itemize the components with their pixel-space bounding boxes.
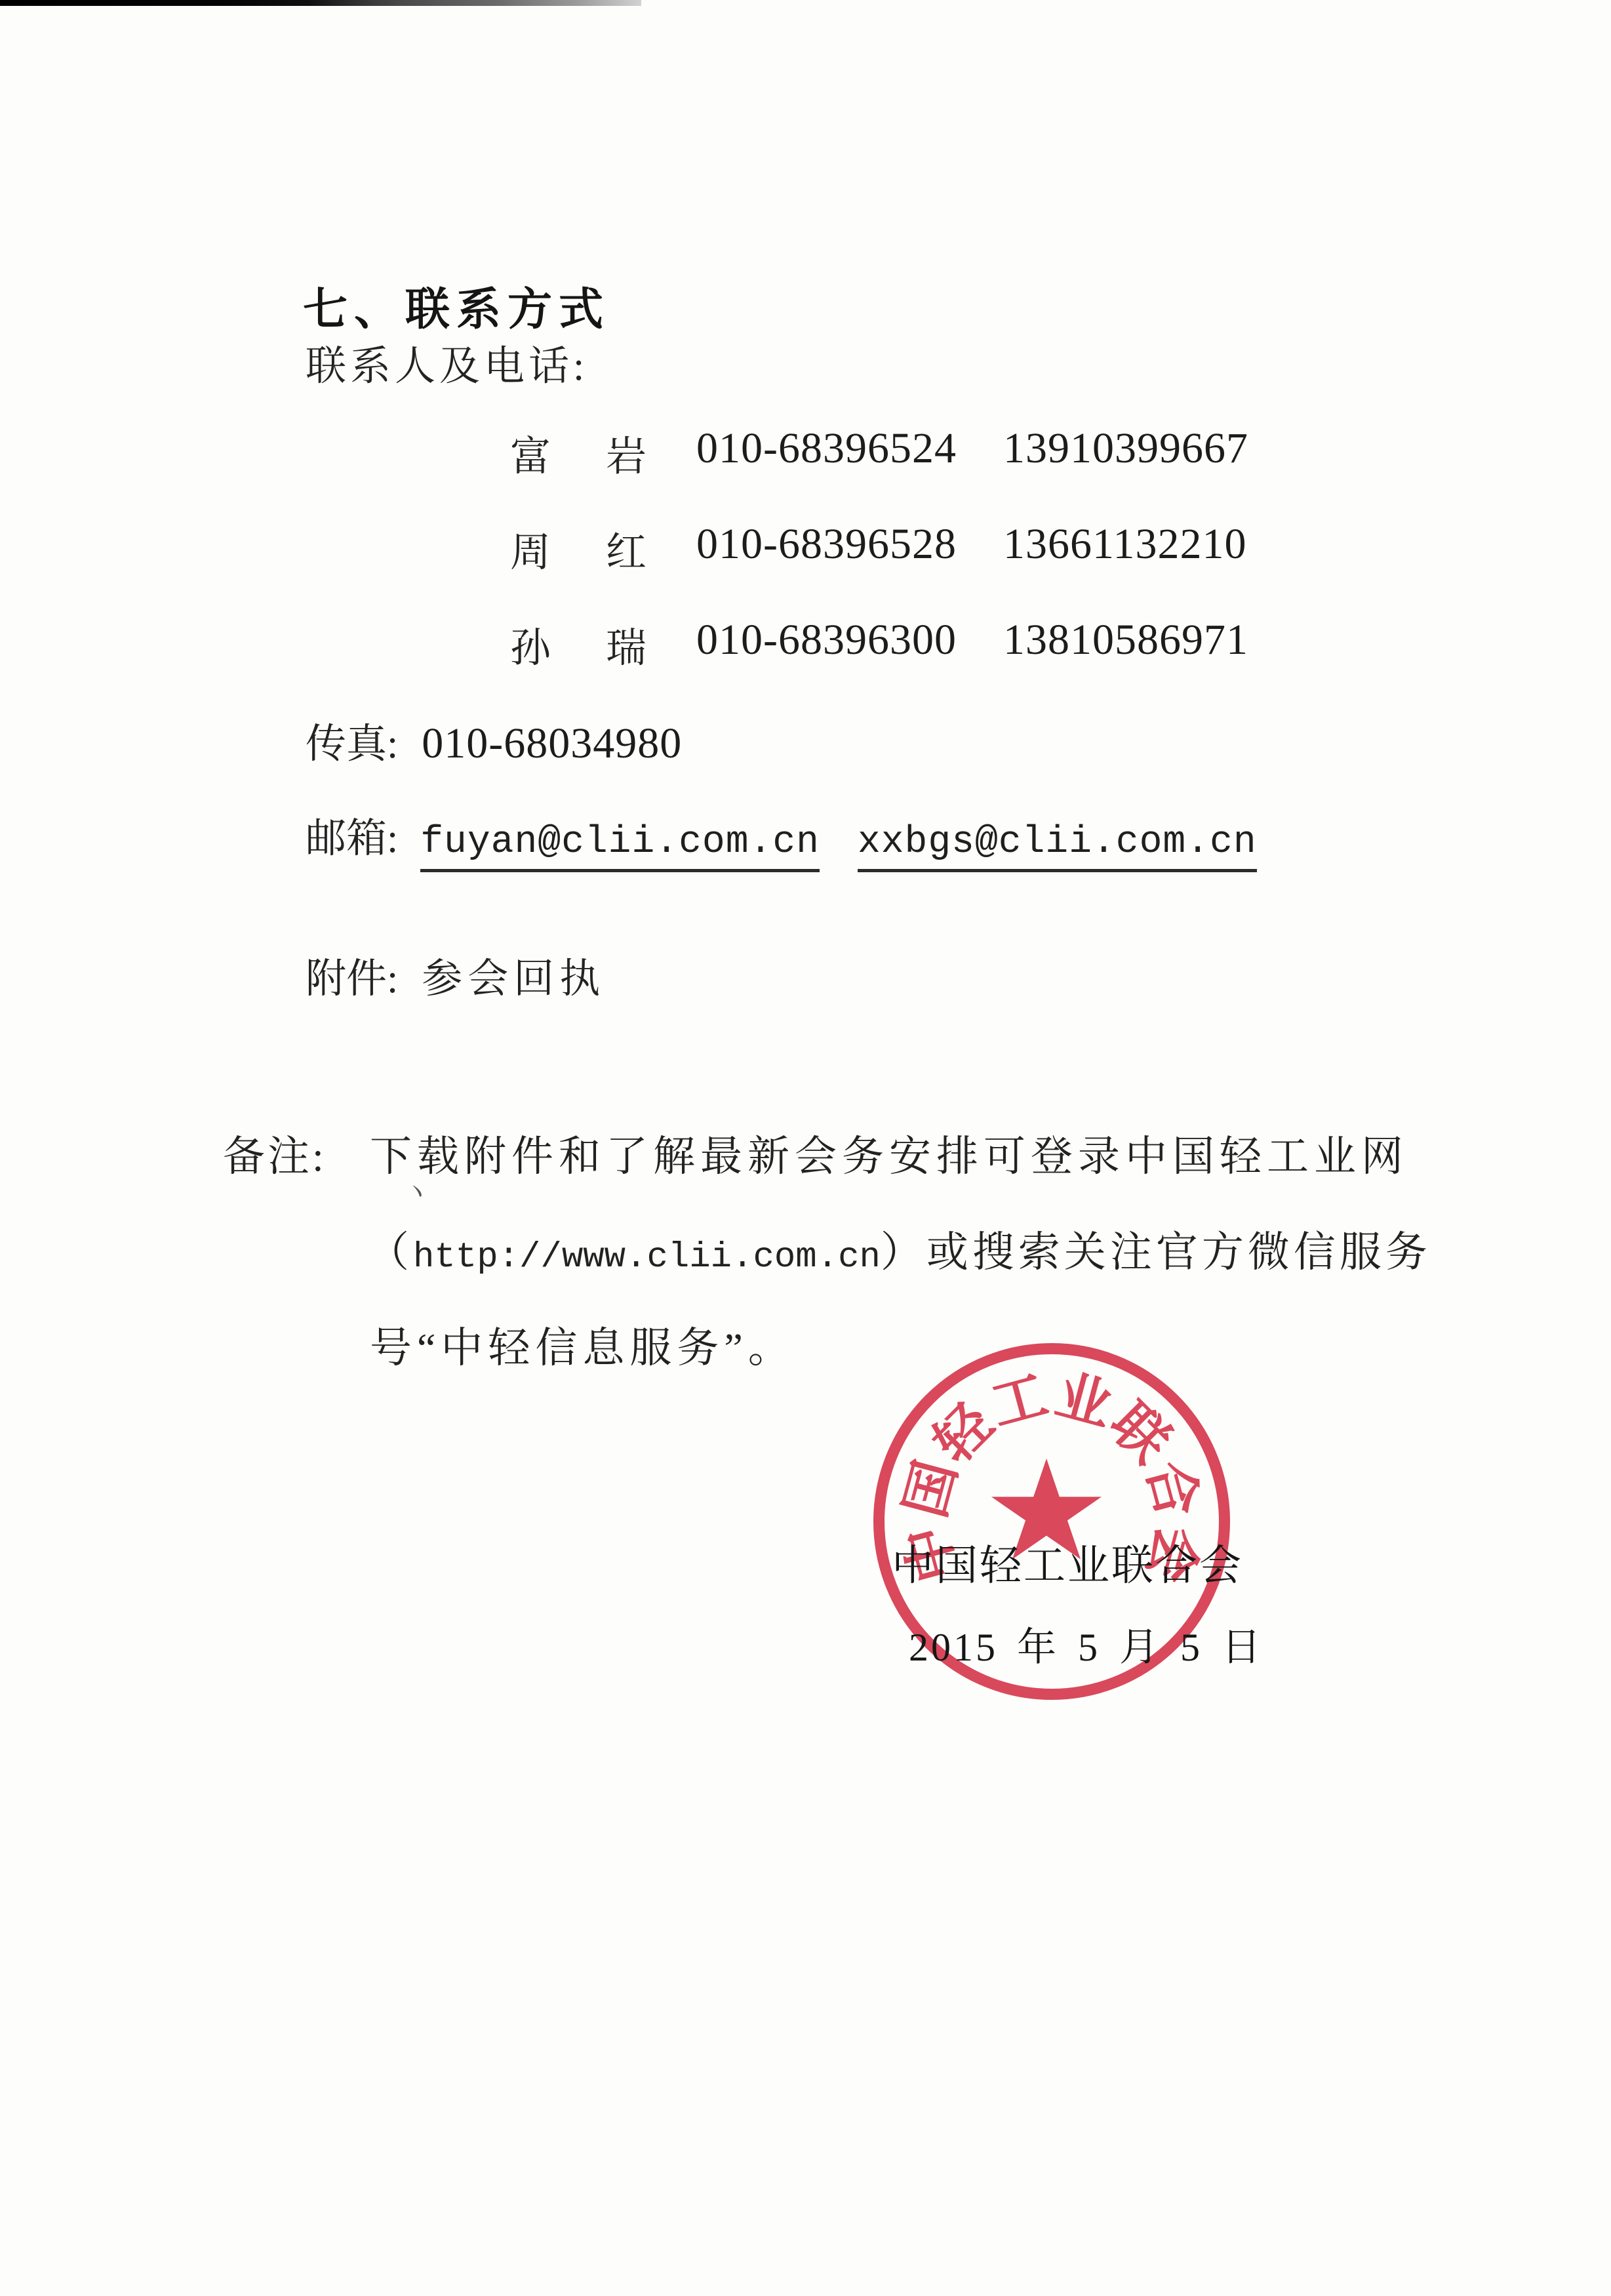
contact-row: 周 红 010-68396528 13661132210 bbox=[0, 519, 1611, 580]
attachment-value: 参会回执 bbox=[422, 957, 605, 1001]
email-address-1: fuyan@clii.com.cn bbox=[420, 821, 820, 872]
signature-org: 中国轻工业联合会 bbox=[892, 1532, 1243, 1592]
contact-name: 富 岩 bbox=[510, 424, 646, 482]
email-label: 邮箱: bbox=[306, 816, 398, 861]
fax-label: 传真: bbox=[306, 722, 398, 767]
attachment-line: 附件:参会回执 bbox=[306, 946, 605, 1004]
contact-phone: 010-68396300 bbox=[696, 615, 957, 665]
contact-name-char: 孙 bbox=[510, 615, 551, 674]
contact-phone: 010-68396524 bbox=[696, 424, 957, 473]
fax-line: 传真:010-68034980 bbox=[306, 711, 682, 769]
contact-name-char: 岩 bbox=[606, 424, 646, 482]
email-address-2: xxbgs@clii.com.cn bbox=[858, 821, 1257, 872]
contact-intro: 联系人及电话: bbox=[306, 333, 588, 392]
scan-edge-artifact bbox=[0, 0, 641, 6]
stray-pen-mark: 丶 bbox=[401, 1171, 433, 1211]
contact-name-char: 周 bbox=[510, 519, 551, 578]
note-url: http://www.clii.com.cn bbox=[413, 1238, 881, 1278]
note-label: 备注: bbox=[223, 1123, 327, 1183]
contact-name-char: 红 bbox=[606, 519, 646, 578]
contact-name: 周 红 bbox=[510, 519, 646, 578]
contact-mobile: 13810586971 bbox=[1003, 615, 1248, 665]
contact-phone: 010-68396528 bbox=[696, 519, 957, 569]
contact-name-char: 瑞 bbox=[606, 615, 646, 674]
signature-date: 2015 年 5 月 5 日 bbox=[909, 1616, 1263, 1672]
attachment-label: 附件: bbox=[306, 957, 398, 1001]
contact-row: 富 岩 010-68396524 13910399667 bbox=[0, 424, 1611, 484]
note-line-3: 号“中轻信息服务”。 bbox=[370, 1314, 795, 1375]
email-line: 邮箱:fuyan@clii.com.cnxxbgs@clii.com.cn bbox=[306, 805, 1257, 864]
contact-name: 孙 瑞 bbox=[510, 615, 646, 674]
contact-row: 孙 瑞 010-68396300 13810586971 bbox=[0, 615, 1611, 675]
contact-mobile: 13910399667 bbox=[1003, 424, 1248, 473]
contact-name-char: 富 bbox=[510, 424, 551, 482]
section-heading: 七、联系方式 bbox=[303, 274, 610, 338]
note-paren-open: （ bbox=[367, 1229, 413, 1276]
note-line-2: （http://www.clii.com.cn）或搜索关注官方微信服务 bbox=[367, 1218, 1431, 1279]
scanned-document-page: 七、联系方式 联系人及电话: 富 岩 010-68396524 13910399… bbox=[0, 0, 1611, 2296]
note-line-1: 下载附件和了解最新会务安排可登录中国轻工业网 bbox=[370, 1123, 1408, 1183]
note-line-2-rest: ）或搜索关注官方微信服务 bbox=[881, 1229, 1431, 1276]
fax-number: 010-68034980 bbox=[422, 719, 682, 767]
contact-mobile: 13661132210 bbox=[1003, 519, 1247, 569]
